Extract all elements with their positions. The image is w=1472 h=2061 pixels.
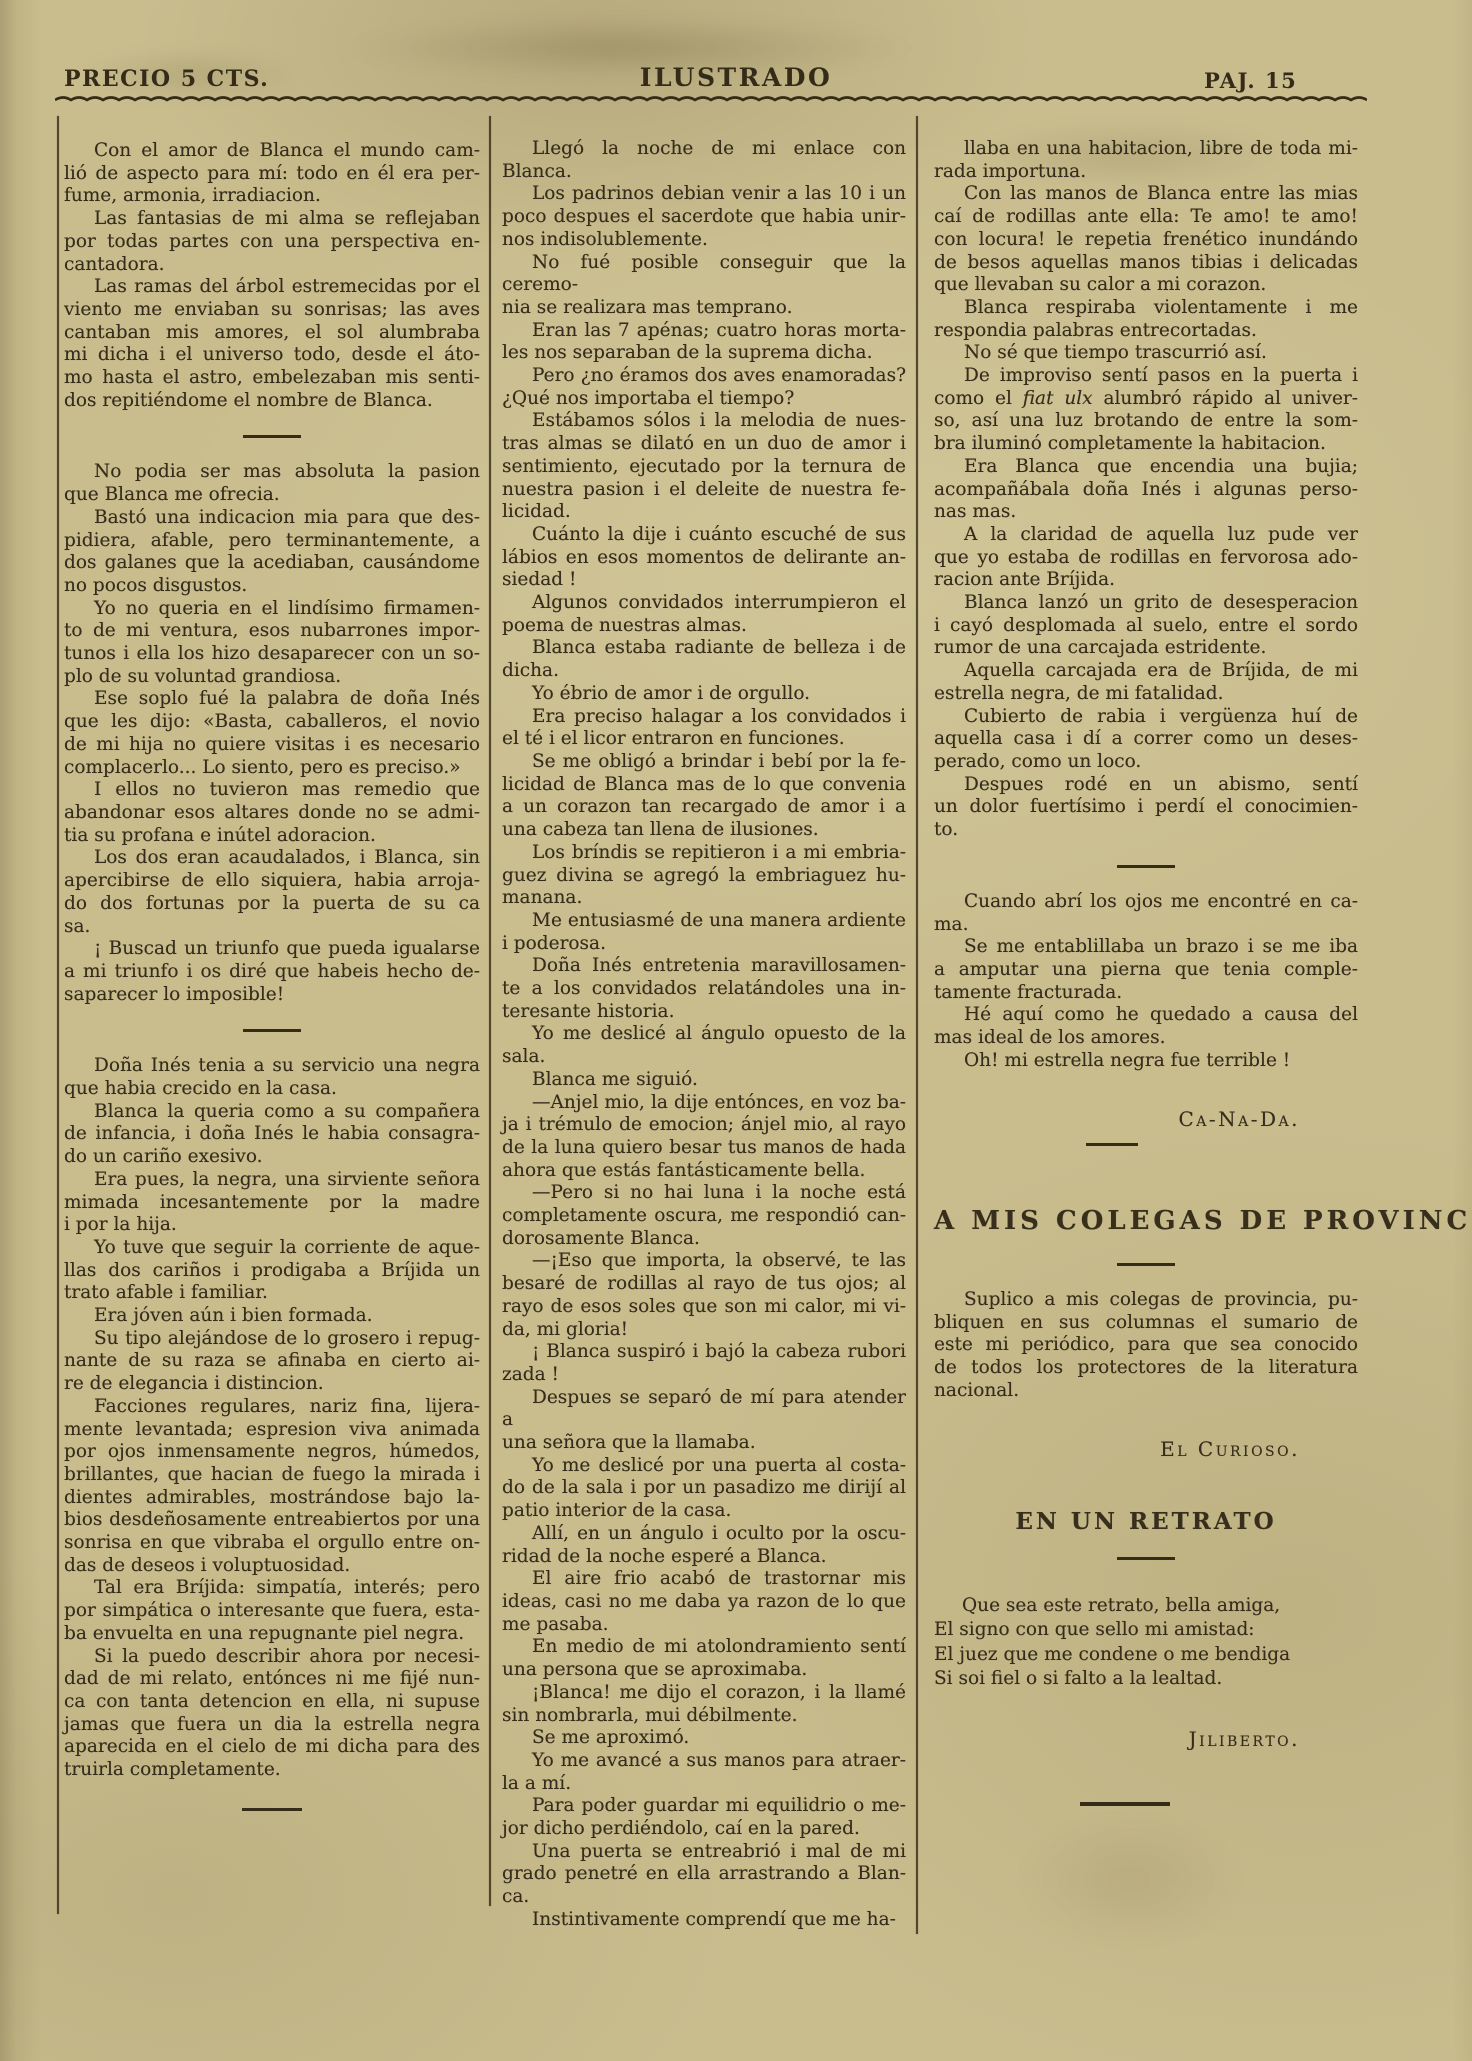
paragraph: ¡Blanca! me dijo el corazon, i la llamés… [502, 1682, 906, 1727]
text-line: Era preciso halagar a los convidados i [502, 706, 906, 729]
section-divider [1117, 865, 1175, 868]
text-line: ca. [502, 1886, 906, 1909]
text-line: caí de rodillas ante ella: Te amo! te am… [934, 206, 1358, 229]
text-line: dientes admirables, mostrándose bajo la- [64, 1487, 480, 1510]
text-line: ma. [934, 914, 1358, 937]
text-line: Blanca respiraba violentamente i me [934, 297, 1358, 320]
text-line: ridad de la noche esperé a Blanca. [502, 1546, 906, 1569]
text-line: dad de mi relato, entónces ni me fijé nu… [64, 1668, 480, 1691]
paragraph: Algunos convidados interrumpieron elpoem… [502, 592, 906, 637]
paragraph: Facciones regulares, nariz fina, lijera-… [64, 1396, 480, 1578]
paragraph: No fué posible conseguir que la ceremo-n… [502, 252, 906, 320]
paragraph: Era preciso halagar a los convidados iel… [502, 706, 906, 751]
text-line: perado, como un loco. [934, 751, 1358, 774]
text-line: respondia palabras entrecortadas. [934, 320, 1358, 343]
paragraph: Despues se separó de mí para atender aun… [502, 1387, 906, 1455]
text-line: Cuánto la dije i cuánto escuché de sus [502, 524, 906, 547]
paragraph: Era pues, la negra, una sirviente señora… [64, 1169, 480, 1237]
page-number: PAJ. 15 [1204, 68, 1297, 93]
paragraph: Blanca la queria como a su compañerade i… [64, 1101, 480, 1169]
text-line: teresante historia. [502, 1001, 906, 1024]
text-line: El aire frio acabó de trastornar mis [502, 1568, 906, 1591]
text-line: Yo me deslicé al ángulo opuesto de la [502, 1023, 906, 1046]
text-line: de besos aquellas manos tibias i delicad… [934, 252, 1358, 275]
text-line: por todas partes con una perspectiva en- [64, 231, 480, 254]
text-line: Hé aquí como he quedado a causa del [934, 1004, 1358, 1027]
text-line: to. [934, 819, 1358, 842]
text-line: cantadora. [64, 254, 480, 277]
paragraph: Los bríndis se repitieron i a mi embria-… [502, 842, 906, 910]
paragraph: Su tipo alejándose de lo grosero i repug… [64, 1328, 480, 1396]
paragraph: Eran las 7 apénas; cuatro horas morta-le… [502, 320, 906, 365]
text-line: patio interior de la casa. [502, 1500, 906, 1523]
text-line: Yo me avancé a sus manos para atraer- [502, 1750, 906, 1773]
paragraph: —Anjel mio, la dije entónces, en voz ba-… [502, 1092, 906, 1183]
paragraph: No podia ser mas absoluta la pasionque B… [64, 461, 480, 506]
text-line: grado penetré en ella arrastrando a Blan… [502, 1863, 906, 1886]
paragraph: Yo me deslicé al ángulo opuesto de lasal… [502, 1023, 906, 1068]
text-line: por simpática o interesante que fuera, e… [64, 1600, 480, 1623]
text-line: de infancia, i doña Inés le habia consag… [64, 1123, 480, 1146]
text-line: nante de su raza se afinaba en cierto ai… [64, 1350, 480, 1373]
text-line: Facciones regulares, nariz fina, lijera- [64, 1396, 480, 1419]
text-line: ¡ Buscad un triunfo que pueda igualarse [64, 938, 480, 961]
text-line: por ojos inmensamente negros, húmedos, [64, 1441, 480, 1464]
text-line: Me entusiasmé de una manera ardiente [502, 910, 906, 933]
paragraph: Los dos eran acaudalados, i Blanca, sina… [64, 847, 480, 938]
text-line: —¡Eso que importa, la observé, te las [502, 1250, 906, 1273]
ink-bleedthrough-smudge [980, 1790, 1280, 1970]
text-line: Bastó una indicacion mia para que des- [64, 507, 480, 530]
paragraph: Despues rodé en un abismo, sentíun dolor… [934, 774, 1358, 842]
text-line: Si la puedo describir ahora por necesi- [64, 1646, 480, 1669]
text-line: De improviso sentí pasos en la puerta i [934, 365, 1358, 388]
paragraph: Yo me deslicé por una puerta al costa-do… [502, 1455, 906, 1523]
text-line: Aquella carcajada era de Bríjida, de mi [934, 660, 1358, 683]
text-line: de mi hija no quiere visitas i es necesa… [64, 734, 480, 757]
text-line: que yo estaba de rodillas en fervorosa a… [934, 547, 1358, 570]
text-line: estrella negra, de mi fatalidad. [934, 683, 1358, 706]
text-line: da, mi gloria! [502, 1319, 906, 1342]
text-line: Con el amor de Blanca el mundo cam- [64, 140, 480, 163]
text-line: Yo ébrio de amor i de orgullo. [502, 683, 906, 706]
text-line: tamente fracturada. [934, 982, 1358, 1005]
text-line: que habia crecido en la casa. [64, 1078, 480, 1101]
text-line: Instintivamente comprendí que me ha- [502, 1909, 906, 1932]
text-line: Eran las 7 apénas; cuatro horas morta- [502, 320, 906, 343]
ink-bleedthrough-smudge [250, 8, 1010, 88]
text-line: Pero ¿no éramos dos aves enamoradas? [502, 365, 906, 388]
text-line: de todos los protectores de la literatur… [934, 1357, 1358, 1380]
column-rule-1 [489, 116, 491, 1906]
text-line: Los dos eran acaudalados, i Blanca, sin [64, 847, 480, 870]
text-line: con locura! le repetia frenético inundán… [934, 229, 1358, 252]
paragraph: Se me obligó a brindar i bebí por la fe-… [502, 751, 906, 842]
text-line: licidad de Blanca mas de lo que convenia [502, 774, 906, 797]
text-line: do de la sala i por un pasadizo me dirij… [502, 1477, 906, 1500]
text-line: besaré de rodillas al rayo de tus ojos; … [502, 1273, 906, 1296]
text-line: do un cariño exesivo. [64, 1146, 480, 1169]
text-line: Su tipo alejándose de lo grosero i repug… [64, 1328, 480, 1351]
text-line: Blanca lanzó un grito de desesperacion [934, 592, 1358, 615]
text-line: acompañábala doña Inés i algunas perso- [934, 479, 1358, 502]
text-line: Despues se separó de mí para atender a [502, 1387, 906, 1432]
text-line: Se me obligó a brindar i bebí por la fe- [502, 751, 906, 774]
column-2: Llegó la noche de mi enlace con Blanca.L… [502, 138, 906, 1932]
paragraph: Oh! mi estrella negra fue terrible ! [934, 1050, 1358, 1073]
text-line: Era jóven aún i bien formada. [64, 1305, 480, 1328]
poem-line: El signo con que sello mi amistad: [934, 1618, 1358, 1643]
text-line: Blanca estaba radiante de belleza i de [502, 637, 906, 660]
text-line: No fué posible conseguir que la ceremo- [502, 252, 906, 297]
paragraph: llaba en una habitacion, libre de toda m… [934, 138, 1358, 183]
column-rule-2 [916, 116, 918, 1934]
text-line: abandonar esos altares donde no se admi- [64, 802, 480, 825]
paragraph: Cuando abrí los ojos me encontré en ca-m… [934, 891, 1358, 936]
text-line: cantaban mis amores, el sol alumbraba [64, 322, 480, 345]
text-line: lábios en esos momentos de delirante an- [502, 547, 906, 570]
paragraph: En medio de mi atolondramiento sentíuna … [502, 1636, 906, 1681]
text-line: la a mí. [502, 1773, 906, 1796]
paragraph: A la claridad de aquella luz pude verque… [934, 524, 1358, 592]
text-line: tunos i ella los hizo desaparecer con un… [64, 643, 480, 666]
paragraph: Yo no queria en el lindísimo firmamen-to… [64, 598, 480, 689]
text-line: Yo tuve que seguir la corriente de aque- [64, 1237, 480, 1260]
text-line: re de elegancia i distincion. [64, 1373, 480, 1396]
poem: Que sea este retrato, bella amiga,El sig… [934, 1594, 1358, 1692]
text-line: ideas, casi no me daba ya razon de lo qu… [502, 1591, 906, 1614]
paragraph: Aquella carcajada era de Bríjida, de mie… [934, 660, 1358, 705]
text-line: manana. [502, 887, 906, 910]
text-line: mi dicha i el universo todo, desde el át… [64, 344, 480, 367]
paragraph: Con las manos de Blanca entre las miasca… [934, 183, 1358, 297]
text-line: fume, armonia, irradiacion. [64, 185, 480, 208]
text-line: bliquen en sus columnas el sumario de [934, 1312, 1358, 1335]
paragraph: Doña Inés entretenia maravillosamen-te a… [502, 955, 906, 1023]
text-line: No sé que tiempo trascurrió así. [934, 342, 1358, 365]
poem-line: El juez que me condene o me bendiga [934, 1643, 1358, 1668]
text-line: ¡Blanca! me dijo el corazon, i la llamé [502, 1682, 906, 1705]
text-line: En medio de mi atolondramiento sentí [502, 1636, 906, 1659]
paragraph: Llegó la noche de mi enlace con Blanca. [502, 138, 906, 183]
text-line: das de deseos i voluptuosidad. [64, 1555, 480, 1578]
text-line: aquella casa i dí a correr como un deses… [934, 728, 1358, 751]
text-line: zada ! [502, 1364, 906, 1387]
text-line: Suplico a mis colegas de provincia, pu- [934, 1289, 1358, 1312]
text-line: me pasaba. [502, 1614, 906, 1637]
text-line: saparecer lo imposible! [64, 984, 480, 1007]
text-line: una cabeza tan llena de ilusiones. [502, 819, 906, 842]
paragraph: Bastó una indicacion mia para que des-pi… [64, 507, 480, 598]
text-line: do dos fortunas por la puerta de su ca [64, 893, 480, 916]
column-3: llaba en una habitacion, libre de toda m… [934, 138, 1358, 1806]
paragraph: De improviso sentí pasos en la puerta ic… [934, 365, 1358, 456]
text-line: el té i el licor entraron en funciones. [502, 728, 906, 751]
paragraph: —¡Eso que importa, la observé, te lasbes… [502, 1250, 906, 1341]
paragraph: Los padrinos debian venir a las 10 i unp… [502, 183, 906, 251]
paragraph: —Pero si no hai luna i la noche estácomp… [502, 1182, 906, 1250]
paragraph: Allí, en un ángulo i oculto por la oscu-… [502, 1523, 906, 1568]
text-line: que les dijo: «Basta, caballeros, el nov… [64, 711, 480, 734]
text-line: I ellos no tuvieron mas remedio que [64, 779, 480, 802]
text-line: Yo me deslicé por una puerta al costa- [502, 1455, 906, 1478]
text-line: Ese soplo fué la palabra de doña Inés [64, 688, 480, 711]
newspaper-page: PRECIO 5 CTS. ILUSTRADO PAJ. 15 Con el a… [0, 0, 1472, 2061]
text-line: brillantes, que hacian de fuego la mirad… [64, 1464, 480, 1487]
text-line: que Blanca me ofrecia. [64, 484, 480, 507]
text-line: un dolor fuertísimo i perdí el conocimie… [934, 796, 1358, 819]
text-line: Algunos convidados interrumpieron el [502, 592, 906, 615]
text-line: Se me aproximó. [502, 1727, 906, 1750]
text-line: Tal era Bríjida: simpatía, interés; pero [64, 1577, 480, 1600]
text-line: Doña Inés entretenia maravillosamen- [502, 955, 906, 978]
text-line: a mi triunfo i os diré que habeis hecho … [64, 961, 480, 984]
text-line: de la luna quiero besar tus manos de had… [502, 1137, 906, 1160]
text-line: Blanca me siguió. [502, 1069, 906, 1092]
text-line: dos galanes que la acediaban, causándome [64, 552, 480, 575]
text-line: Se me entablillaba un brazo i se me iba [934, 936, 1358, 959]
text-line: licidad. [502, 501, 906, 524]
paragraph: Instintivamente comprendí que me ha- [502, 1909, 906, 1932]
section-heading: A MIS COLEGAS DE PROVINCIAS [934, 1210, 1358, 1233]
paragraph: Las ramas del árbol estremecidas por elv… [64, 276, 480, 412]
author-signature: El Curioso. [934, 1438, 1358, 1461]
section-divider [1117, 1263, 1175, 1266]
text-line: rumor de una carcajada estridente. [934, 637, 1358, 660]
text-line: Las fantasias de mi alma se reflejaban [64, 208, 480, 231]
paragraph: Yo ébrio de amor i de orgullo. [502, 683, 906, 706]
text-line: plo de su voluntad grandiosa. [64, 666, 480, 689]
paragraph: Si la puedo describir ahora por necesi-d… [64, 1646, 480, 1782]
text-line: dos repitiéndome el nombre de Blanca. [64, 390, 480, 413]
text-line: a amputar una pierna que tenia comple- [934, 959, 1358, 982]
text-line: como el fiat ulx alumbró rápido al unive… [934, 388, 1358, 411]
price-label: PRECIO 5 CTS. [64, 66, 269, 92]
paragraph: Ese soplo fué la palabra de doña Inésque… [64, 688, 480, 779]
text-line: tras almas se dilató en un duo de amor i [502, 433, 906, 456]
text-line: sa. [64, 916, 480, 939]
text-line: so, así una luz brotando de entre la som… [934, 410, 1358, 433]
text-line: una señora que la llamaba. [502, 1432, 906, 1455]
text-line: Con las manos de Blanca entre las mias [934, 183, 1358, 206]
poem-line: Que sea este retrato, bella amiga, [934, 1594, 1358, 1619]
text-line: este mi periódico, para que sea conocido [934, 1334, 1358, 1357]
paragraph: Se me aproximó. [502, 1727, 906, 1750]
paragraph: Blanca estaba radiante de belleza i dedi… [502, 637, 906, 682]
text-line: poco despues el sacerdote que habia unir… [502, 206, 906, 229]
text-line: guez divina se agregó la embriaguez hu- [502, 865, 906, 888]
text-line: nos indisolublemente. [502, 229, 906, 252]
paragraph: Tal era Bríjida: simpatía, interés; pero… [64, 1577, 480, 1645]
text-line: ¿Qué nos importaba el tiempo? [502, 388, 906, 411]
text-line: trato afable i familiar. [64, 1282, 480, 1305]
text-line: apercibirse de ello siquiera, habia arro… [64, 870, 480, 893]
text-line: lió de aspecto para mí: todo en él era p… [64, 163, 480, 186]
text-line: les nos separaban de la suprema dicha. [502, 342, 906, 365]
text-line: ba envuelta en una repugnante piel negra… [64, 1623, 480, 1646]
text-line: Las ramas del árbol estremecidas por el [64, 276, 480, 299]
text-line: Cuando abrí los ojos me encontré en ca- [934, 891, 1358, 914]
text-line: Estábamos sólos i la melodia de nues- [502, 410, 906, 433]
text-line: nas mas. [934, 501, 1358, 524]
text-line: tia su profana e inútel adoracion. [64, 825, 480, 848]
text-line: ja i trémulo de emocion; ánjel mio, al r… [502, 1114, 906, 1137]
text-line: te a los convidados relatándoles una in- [502, 978, 906, 1001]
text-line: Era pues, la negra, una sirviente señora [64, 1169, 480, 1192]
paragraph: Blanca lanzó un grito de desesperacioni … [934, 592, 1358, 660]
paragraph: El aire frio acabó de trastornar misidea… [502, 1568, 906, 1636]
text-line: llaba en una habitacion, libre de toda m… [934, 138, 1358, 161]
text-line: a un corazon tan recargado de amor i a [502, 796, 906, 819]
paragraph: Se me entablillaba un brazo i se me ibaa… [934, 936, 1358, 1004]
header-wavy-rule [55, 92, 1367, 106]
text-line: Despues rodé en un abismo, sentí [934, 774, 1358, 797]
text-line: bios desdeñosamente entreabiertos por un… [64, 1509, 480, 1532]
text-line: viento me enviaban su sonrisas; las aves [64, 299, 480, 322]
text-line: jamas que fuera un dia la estrella negra [64, 1714, 480, 1737]
section-divider [243, 1029, 301, 1032]
paragraph: Suplico a mis colegas de provincia, pu-b… [934, 1289, 1358, 1403]
paragraph: ¡ Buscad un triunfo que pueda igualarsea… [64, 938, 480, 1006]
text-line: nuestra pasion i el deleite de nuestra f… [502, 479, 906, 502]
text-line: mimada incesantemente por la madre [64, 1192, 480, 1215]
text-line: aparecida en el cielo de mi dicha para d… [64, 1736, 480, 1759]
text-line: rayo de esos soles que son mi calor, mi … [502, 1296, 906, 1319]
text-line: sentimiento, ejecutado por la ternura de [502, 456, 906, 479]
section-divider [1080, 1802, 1170, 1806]
paragraph: ¡ Blanca suspiró i bajó la cabeza rubori… [502, 1341, 906, 1386]
masthead-title: ILUSTRADO [640, 63, 833, 92]
paragraph: Blanca respiraba violentamente i merespo… [934, 297, 1358, 342]
paragraph: Blanca me siguió. [502, 1069, 906, 1092]
section-divider [242, 1808, 302, 1811]
paragraph: Pero ¿no éramos dos aves enamoradas?¿Qué… [502, 365, 906, 410]
paragraph: Yo me avancé a sus manos para atraer-la … [502, 1750, 906, 1795]
text-line: Los padrinos debian venir a las 10 i un [502, 183, 906, 206]
left-margin-rule [57, 116, 59, 1914]
text-line: i cayó desplomada al suelo, entre el sor… [934, 615, 1358, 638]
text-line: Oh! mi estrella negra fue terrible ! [934, 1050, 1358, 1073]
paragraph: Doña Inés tenia a su servicio una negraq… [64, 1055, 480, 1100]
text-line: truirla completamente. [64, 1759, 480, 1782]
author-signature: Jiliberto. [934, 1728, 1358, 1751]
text-line: ahora que estás fantásticamente bella. [502, 1160, 906, 1183]
section-heading: EN UN RETRATO [934, 1511, 1358, 1534]
text-line: llas dos cariños i prodigaba a Bríjida u… [64, 1260, 480, 1283]
text-line: Blanca la queria como a su compañera [64, 1101, 480, 1124]
paragraph: Con el amor de Blanca el mundo cam-lió d… [64, 140, 480, 208]
text-line: nia se realizara mas temprano. [502, 297, 906, 320]
text-line: A la claridad de aquella luz pude ver [934, 524, 1358, 547]
text-line: Yo no queria en el lindísimo firmamen- [64, 598, 480, 621]
text-line: sonrisa en que vibraba el orgullo entre … [64, 1532, 480, 1555]
section-divider [1086, 1143, 1138, 1146]
text-line: nacional. [934, 1380, 1358, 1403]
paragraph: Estábamos sólos i la melodia de nues-tra… [502, 410, 906, 524]
text-line: —Pero si no hai luna i la noche está [502, 1182, 906, 1205]
paragraph: Yo tuve que seguir la corriente de aque-… [64, 1237, 480, 1305]
column-1: Con el amor de Blanca el mundo cam-lió d… [64, 140, 480, 1831]
text-line: mente levantada; espresion viva animada [64, 1419, 480, 1442]
text-line: ¡ Blanca suspiró i bajó la cabeza rubori [502, 1341, 906, 1364]
text-line: Cubierto de rabia i vergüenza huí de [934, 706, 1358, 729]
paragraph: Hé aquí como he quedado a causa delmas i… [934, 1004, 1358, 1049]
text-line: racion ante Bríjida. [934, 569, 1358, 592]
section-divider [243, 435, 301, 438]
paragraph: Una puerta se entreabrió i mal de migrad… [502, 1841, 906, 1909]
text-line: no pocos disgustos. [64, 575, 480, 598]
text-line: Los bríndis se repitieron i a mi embria- [502, 842, 906, 865]
text-line: ca con tanta detencion en ella, ni supus… [64, 1691, 480, 1714]
text-line: Una puerta se entreabrió i mal de mi [502, 1841, 906, 1864]
text-line: Doña Inés tenia a su servicio una negra [64, 1055, 480, 1078]
text-line: complacerlo... Lo siento, pero es precis… [64, 757, 480, 780]
text-line: poema de nuestras almas. [502, 615, 906, 638]
text-line: Era Blanca que encendia una bujia; [934, 456, 1358, 479]
text-line: rada importuna. [934, 161, 1358, 184]
text-line: dorosamente Blanca. [502, 1228, 906, 1251]
paragraph: No sé que tiempo trascurrió así. [934, 342, 1358, 365]
author-signature: Ca-Na-Da. [934, 1108, 1358, 1131]
text-line: to de mi ventura, esos nubarrones impor- [64, 620, 480, 643]
text-line: —Anjel mio, la dije entónces, en voz ba- [502, 1092, 906, 1115]
text-line: Para poder guardar mi equilidrio o me- [502, 1795, 906, 1818]
text-line: que llevaban su calor a mi corazon. [934, 274, 1358, 297]
text-line: mo hasta el astro, embelezaban mis senti… [64, 367, 480, 390]
paragraph: Era Blanca que encendia una bujia;acompa… [934, 456, 1358, 524]
text-line: bra iluminó completamente la habitacion. [934, 433, 1358, 456]
text-line: i poderosa. [502, 933, 906, 956]
section-divider [1117, 1557, 1175, 1560]
paragraph: Cuánto la dije i cuánto escuché de suslá… [502, 524, 906, 592]
text-line: No podia ser mas absoluta la pasion [64, 461, 480, 484]
text-line: jor dicho perdiéndolo, caí en la pared. [502, 1818, 906, 1841]
text-line: completamente oscura, me respondió can- [502, 1205, 906, 1228]
text-line: Allí, en un ángulo i oculto por la oscu- [502, 1523, 906, 1546]
text-line: una persona que se aproximaba. [502, 1659, 906, 1682]
poem-line: Si soi fiel o si falto a la lealtad. [934, 1667, 1358, 1692]
text-line: i por la hija. [64, 1214, 480, 1237]
paragraph: Me entusiasmé de una manera ardientei po… [502, 910, 906, 955]
text-line: Llegó la noche de mi enlace con Blanca. [502, 138, 906, 183]
paragraph: I ellos no tuvieron mas remedio queaband… [64, 779, 480, 847]
paragraph: Cubierto de rabia i vergüenza huí deaque… [934, 706, 1358, 774]
text-line: dicha. [502, 660, 906, 683]
text-line: mas ideal de los amores. [934, 1027, 1358, 1050]
paragraph: Las fantasias de mi alma se reflejabanpo… [64, 208, 480, 276]
paragraph: Era jóven aún i bien formada. [64, 1305, 480, 1328]
paragraph: Para poder guardar mi equilidrio o me-jo… [502, 1795, 906, 1840]
text-line: sin nombrarla, mui débilmente. [502, 1705, 906, 1728]
text-line: pidiera, afable, pero terminantemente, a [64, 530, 480, 553]
text-line: sala. [502, 1046, 906, 1069]
text-line: siedad ! [502, 569, 906, 592]
